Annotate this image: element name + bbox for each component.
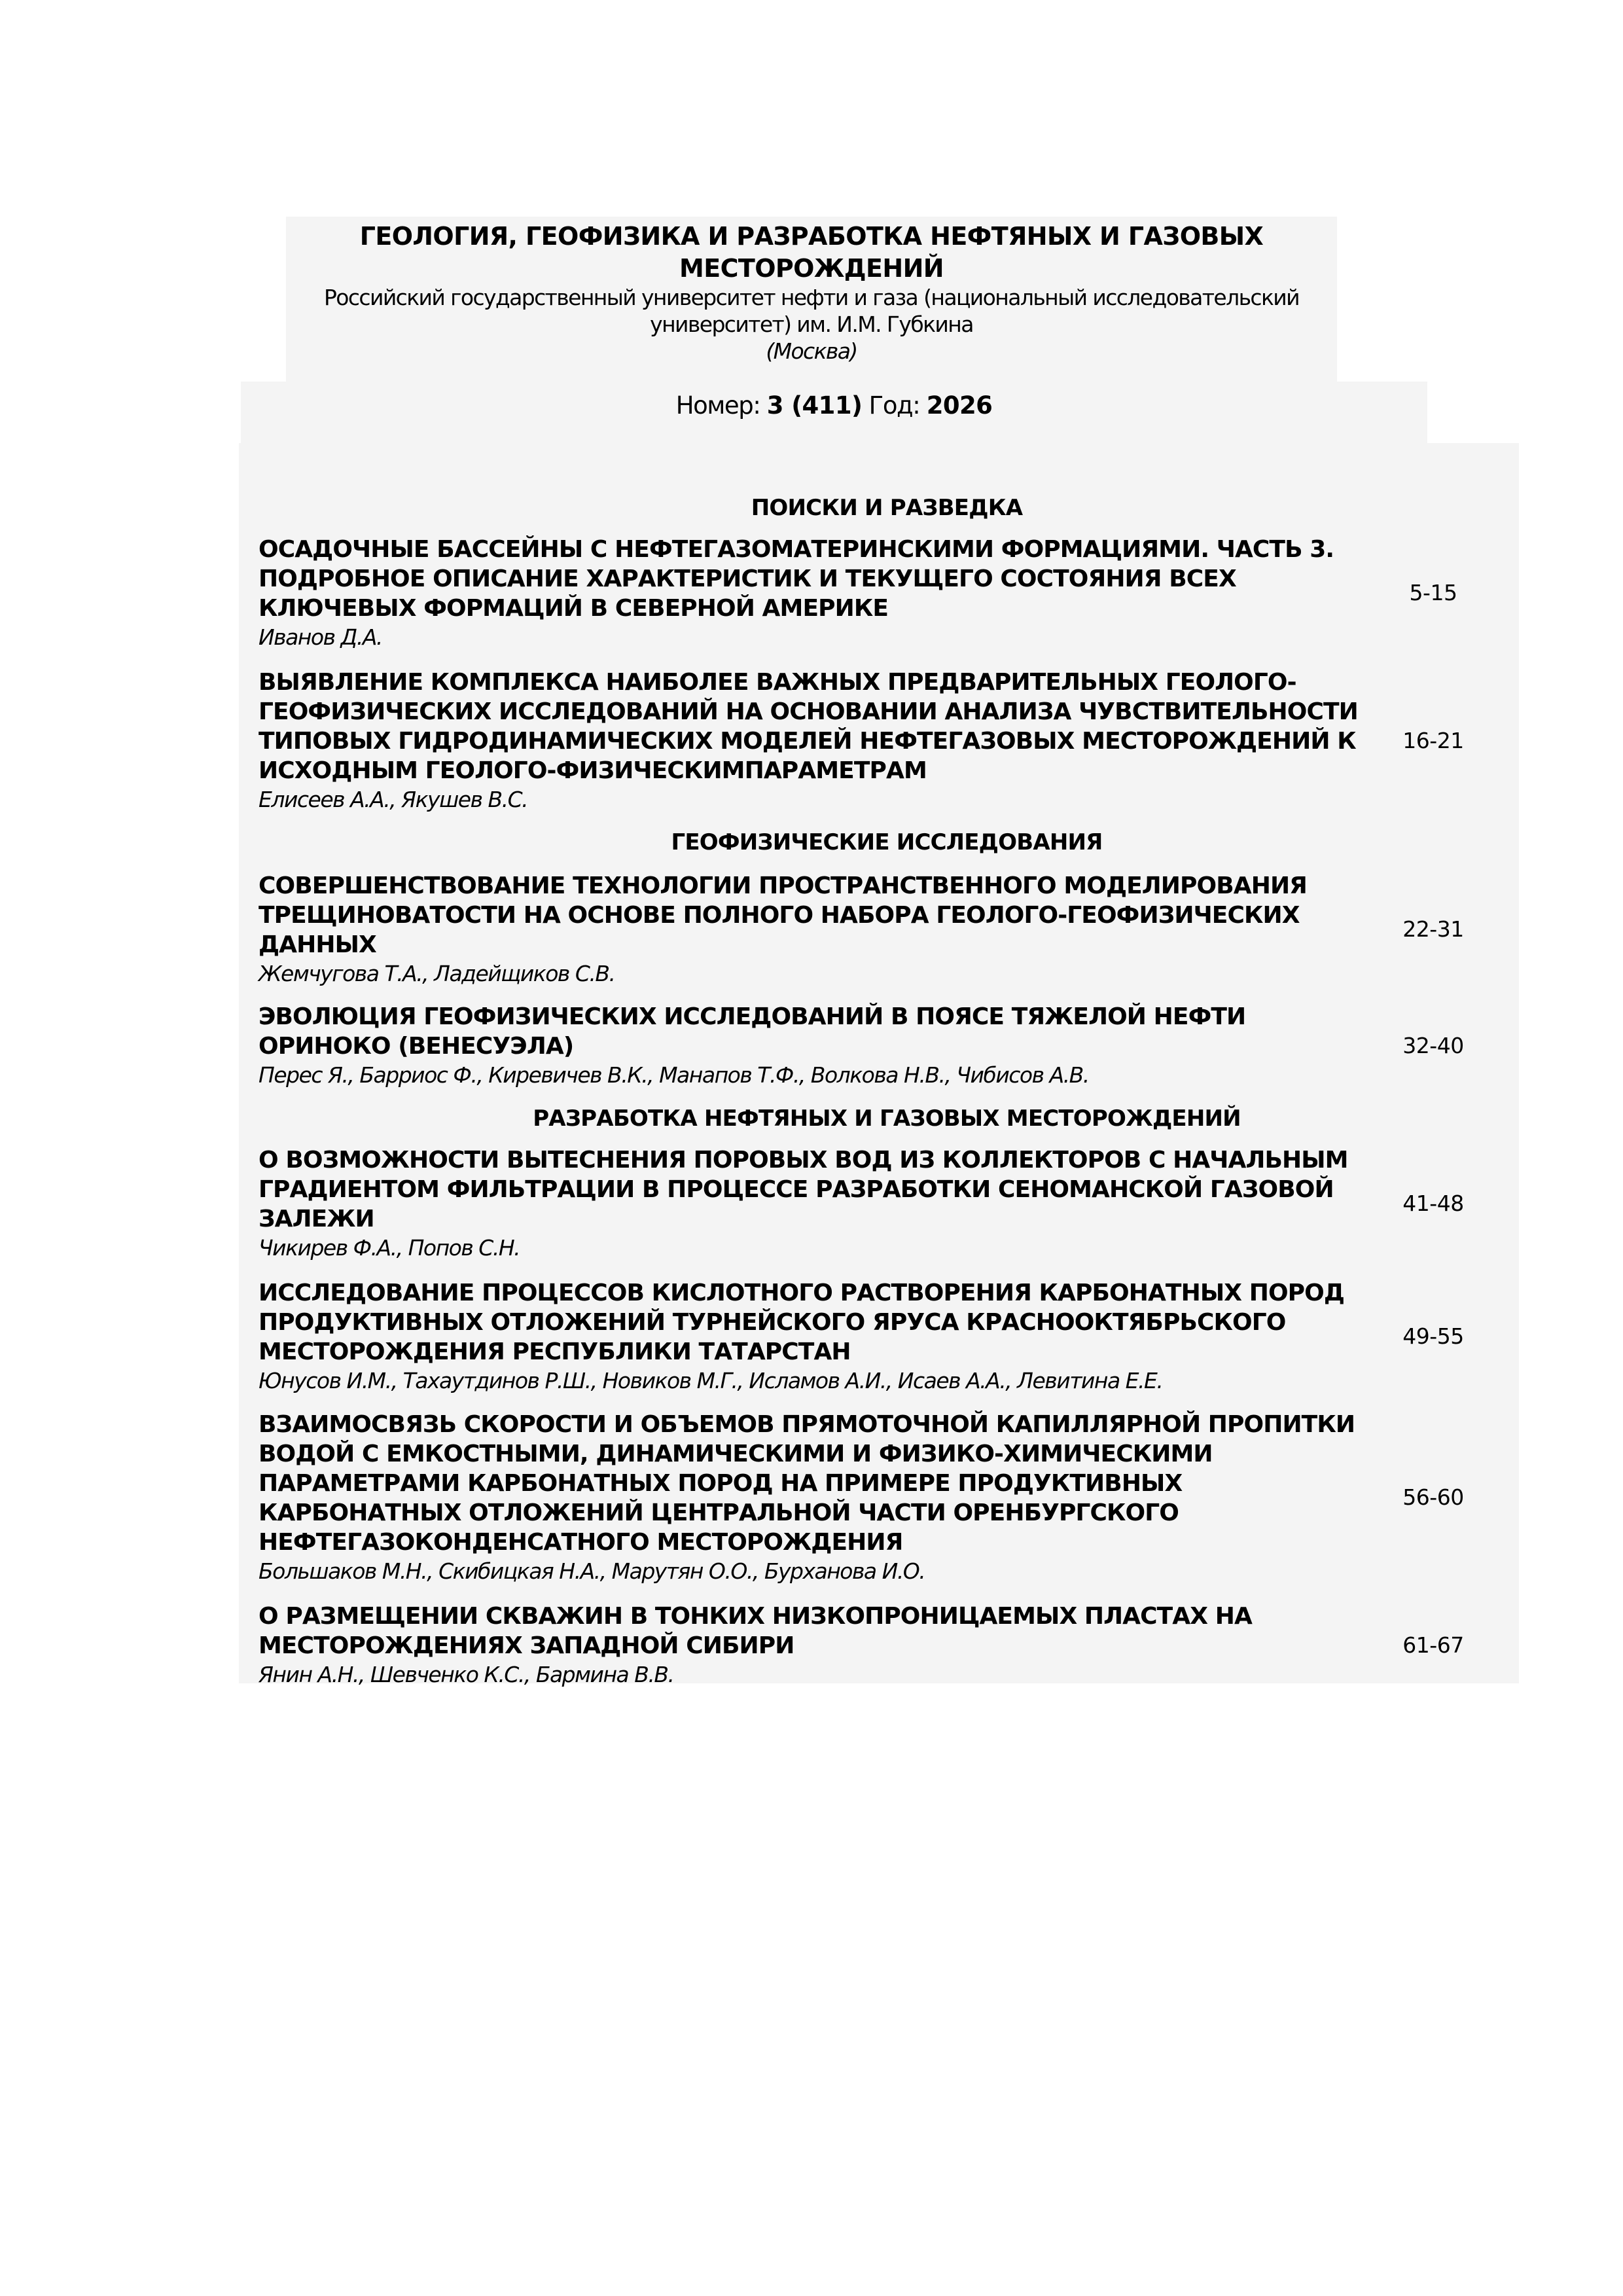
journal-title: ГЕОЛОГИЯ, ГЕОФИЗИКА И РАЗРАБОТКА НЕФТЯНЫ… [286, 221, 1337, 285]
article-title-line[interactable]: ИСХОДНЫМ ГЕОЛОГО-ФИЗИЧЕСКИМПАРАМЕТРАМ [259, 756, 927, 785]
article-authors: Большаков М.Н., Скибицкая Н.А., Марутян … [259, 1558, 925, 1585]
article-title-line[interactable]: ПРОДУКТИВНЫХ ОТЛОЖЕНИЙ ТУРНЕЙСКОГО ЯРУСА… [259, 1308, 1285, 1337]
section-heading: РАЗРАБОТКА НЕФТЯНЫХ И ГАЗОВЫХ МЕСТОРОЖДЕ… [259, 1105, 1515, 1132]
journal-title-line: МЕСТОРОЖДЕНИЙ [286, 253, 1337, 285]
article-title-line[interactable]: КАРБОНАТНЫХ ОТЛОЖЕНИЙ ЦЕНТРАЛЬНОЙ ЧАСТИ … [259, 1498, 1179, 1528]
section-heading: ПОИСКИ И РАЗВЕДКА [259, 495, 1515, 521]
article-title-line[interactable]: ПАРАМЕТРАМИ КАРБОНАТНЫХ ПОРОД НА ПРИМЕРЕ… [259, 1469, 1182, 1498]
article-authors: Иванов Д.А. [259, 624, 382, 651]
article-title-line[interactable]: МЕСТОРОЖДЕНИЯ РЕСПУБЛИКИ ТАТАРСТАН [259, 1337, 851, 1367]
article-title-line[interactable]: ОСАДОЧНЫЕ БАССЕЙНЫ С НЕФТЕГАЗОМАТЕРИНСКИ… [259, 535, 1334, 564]
article-authors: Жемчугова Т.А., Ладейщиков С.В. [259, 961, 615, 987]
article-authors: Чикирев Ф.А., Попов С.Н. [259, 1235, 520, 1261]
article-title-line[interactable]: НЕФТЕГАЗОКОНДЕНСАТНОГО МЕСТОРОЖДЕНИЯ [259, 1528, 902, 1557]
article-title-line[interactable]: ДАННЫХ [259, 930, 376, 960]
publisher-line: Российский государственный университет н… [286, 284, 1337, 311]
article-title-line[interactable]: КЛЮЧЕВЫХ ФОРМАЦИЙ В СЕВЕРНОЙ АМЕРИКЕ [259, 594, 888, 623]
article-title-line[interactable]: О РАЗМЕЩЕНИИ СКВАЖИН В ТОНКИХ НИЗКОПРОНИ… [259, 1602, 1252, 1631]
issue-label: Номер: [676, 391, 760, 420]
article-authors: Елисеев А.А., Якушев В.С. [259, 787, 527, 813]
article-title-line[interactable]: ПОДРОБНОЕ ОПИСАНИЕ ХАРАКТЕРИСТИК И ТЕКУЩ… [259, 564, 1236, 594]
article-pages[interactable]: 56-60 [1381, 1484, 1486, 1511]
article-pages[interactable]: 41-48 [1381, 1191, 1486, 1217]
year-value: 2026 [927, 391, 993, 420]
article-title-line[interactable]: МЕСТОРОЖДЕНИЯХ ЗАПАДНОЙ СИБИРИ [259, 1631, 794, 1660]
publisher-city: (Москва) [286, 338, 1337, 365]
article-title-line[interactable]: ИССЛЕДОВАНИЕ ПРОЦЕССОВ КИСЛОТНОГО РАСТВО… [259, 1278, 1344, 1308]
article-pages[interactable]: 61-67 [1381, 1632, 1486, 1659]
issue-number: 3 (411) [767, 391, 862, 420]
article-pages[interactable]: 16-21 [1381, 728, 1486, 754]
article-title-line[interactable]: ВЗАИМОСВЯЗЬ СКОРОСТИ И ОБЪЕМОВ ПРЯМОТОЧН… [259, 1410, 1355, 1439]
article-title-line[interactable]: ЗАЛЕЖИ [259, 1204, 374, 1234]
article-pages[interactable]: 5-15 [1381, 580, 1486, 606]
article-title-line[interactable]: ТИПОВЫХ ГИДРОДИНАМИЧЕСКИХ МОДЕЛЕЙ НЕФТЕГ… [259, 726, 1356, 756]
article-pages[interactable]: 22-31 [1381, 916, 1486, 942]
article-title-line[interactable]: ВОДОЙ С ЕМКОСТНЫМИ, ДИНАМИЧЕСКИМИ И ФИЗИ… [259, 1439, 1213, 1469]
article-authors: Янин А.Н., Шевченко К.С., Бармина В.В. [259, 1662, 674, 1688]
article-title-line[interactable]: ОРИНОКО (ВЕНЕСУЭЛА) [259, 1031, 573, 1061]
article-title-line[interactable]: ТРЕЩИНОВАТОСТИ НА ОСНОВЕ ПОЛНОГО НАБОРА … [259, 901, 1300, 930]
journal-title-line: ГЕОЛОГИЯ, ГЕОФИЗИКА И РАЗРАБОТКА НЕФТЯНЫ… [286, 221, 1337, 253]
article-title-line[interactable]: ГРАДИЕНТОМ ФИЛЬТРАЦИИ В ПРОЦЕССЕ РАЗРАБО… [259, 1175, 1334, 1204]
article-title-line[interactable]: О ВОЗМОЖНОСТИ ВЫТЕСНЕНИЯ ПОРОВЫХ ВОД ИЗ … [259, 1145, 1348, 1175]
publisher: Российский государственный университет н… [286, 284, 1337, 365]
issue-line: Номер: 3 (411) Год: 2026 [241, 391, 1427, 420]
article-title-line[interactable]: ВЫЯВЛЕНИЕ КОМПЛЕКСА НАИБОЛЕЕ ВАЖНЫХ ПРЕД… [259, 668, 1296, 697]
publisher-line: университет) им. И.М. Губкина [286, 311, 1337, 338]
article-pages[interactable]: 32-40 [1381, 1033, 1486, 1059]
article-title-line[interactable]: ГЕОФИЗИЧЕСКИХ ИССЛЕДОВАНИЙ НА ОСНОВАНИИ … [259, 697, 1358, 726]
section-heading: ГЕОФИЗИЧЕСКИЕ ИССЛЕДОВАНИЯ [259, 829, 1515, 855]
article-authors: Перес Я., Барриос Ф., Киревичев В.К., Ма… [259, 1062, 1089, 1088]
article-title-line[interactable]: СОВЕРШЕНСТВОВАНИЕ ТЕХНОЛОГИИ ПРОСТРАНСТВ… [259, 871, 1307, 901]
article-pages[interactable]: 49-55 [1381, 1323, 1486, 1350]
article-authors: Юнусов И.М., Тахаутдинов Р.Ш., Новиков М… [259, 1368, 1162, 1394]
year-label: Год: [869, 391, 920, 420]
article-title-line[interactable]: ЭВОЛЮЦИЯ ГЕОФИЗИЧЕСКИХ ИССЛЕДОВАНИЙ В ПО… [259, 1002, 1245, 1031]
